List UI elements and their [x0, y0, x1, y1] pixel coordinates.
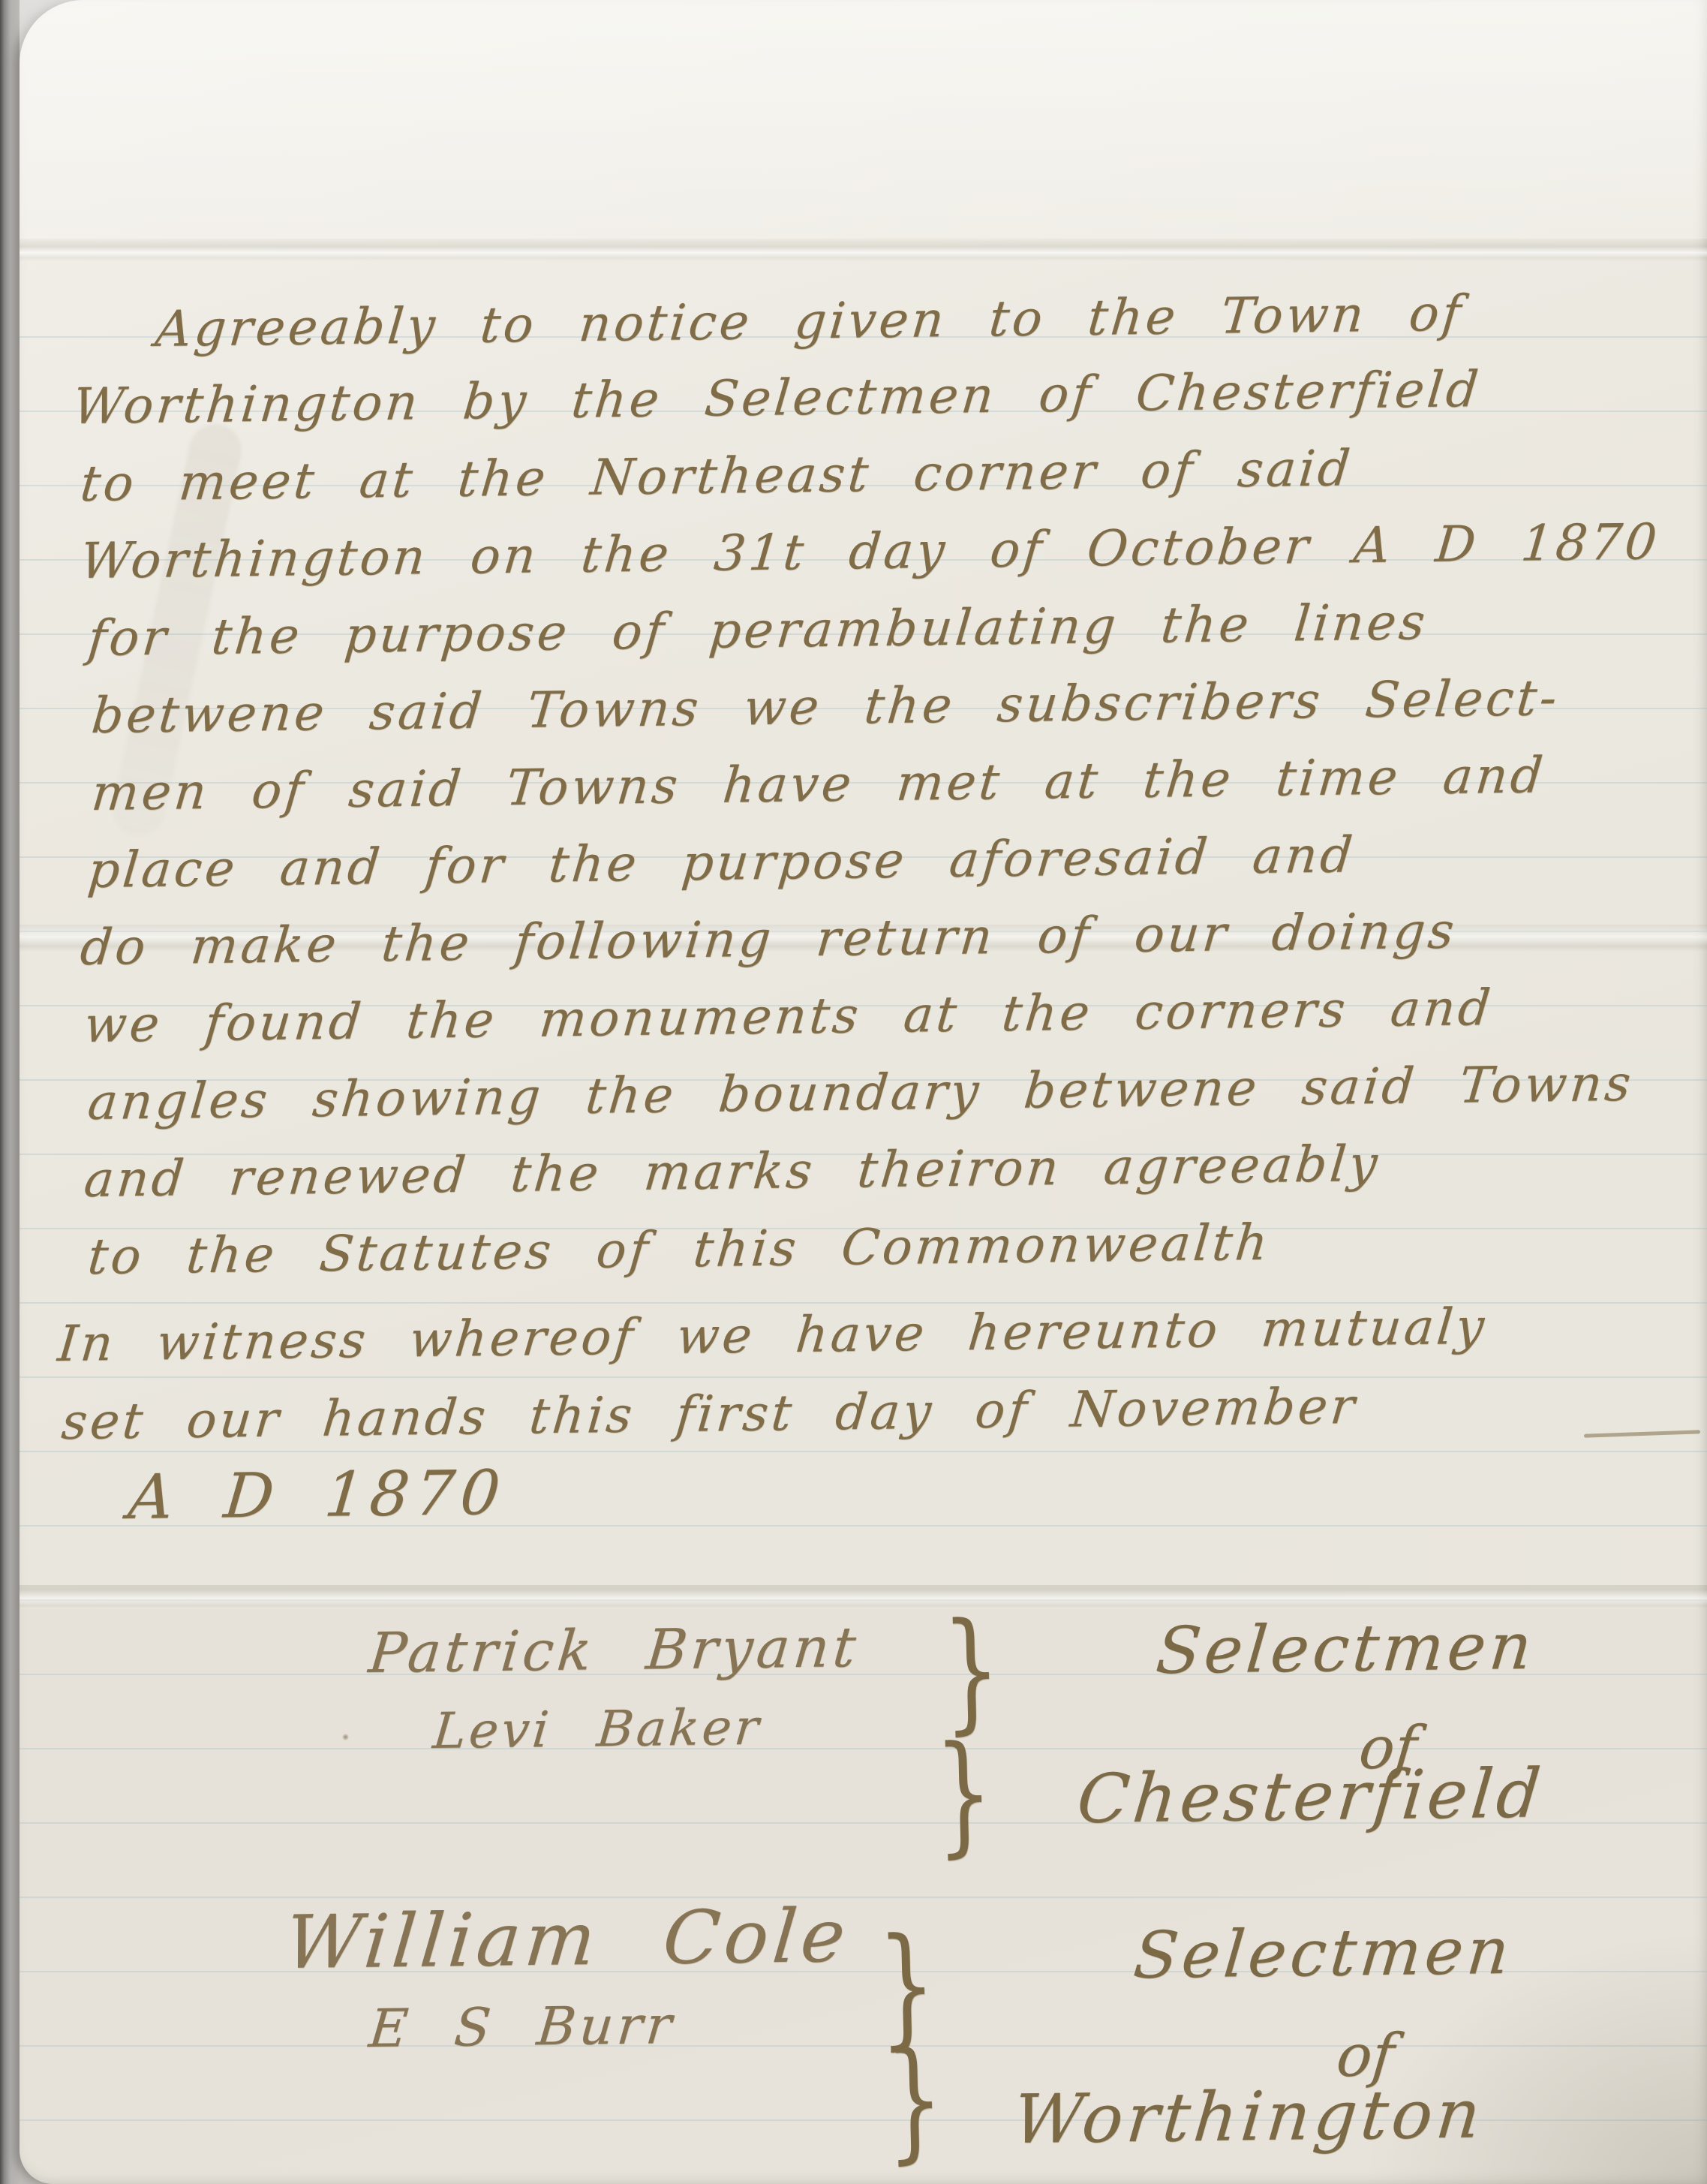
- signature-patrick-bryant: Patrick Bryant: [366, 1615, 862, 1686]
- label-selectmen-chesterfield: Selectmen: [1153, 1609, 1539, 1689]
- signature-william-cole: William Cole: [281, 1894, 853, 1986]
- paper-top-highlight: [20, 0, 1707, 239]
- label-town-chesterfield: Chesterfield: [1074, 1754, 1547, 1839]
- signature-levi-baker: Levi Baker: [431, 1698, 764, 1760]
- fold-crease-top: [20, 239, 1707, 261]
- signature-brace: }: [884, 2023, 945, 2177]
- scanned-document: Agreeably to notice given to the Town of…: [0, 0, 1707, 2184]
- signature-e-s-burr: E S Burr: [366, 1994, 678, 2059]
- signature-brace: }: [933, 1717, 994, 1871]
- ink-speck: [342, 1734, 349, 1740]
- fold-crease-lower: [20, 1585, 1707, 1609]
- label-town-worthington: Worthington: [1010, 2074, 1487, 2159]
- paper-sheet: Agreeably to notice given to the Town of…: [20, 0, 1707, 2184]
- date-line: A D 1870: [125, 1458, 509, 1533]
- label-selectmen-worthington: Selectmen: [1131, 1914, 1516, 1993]
